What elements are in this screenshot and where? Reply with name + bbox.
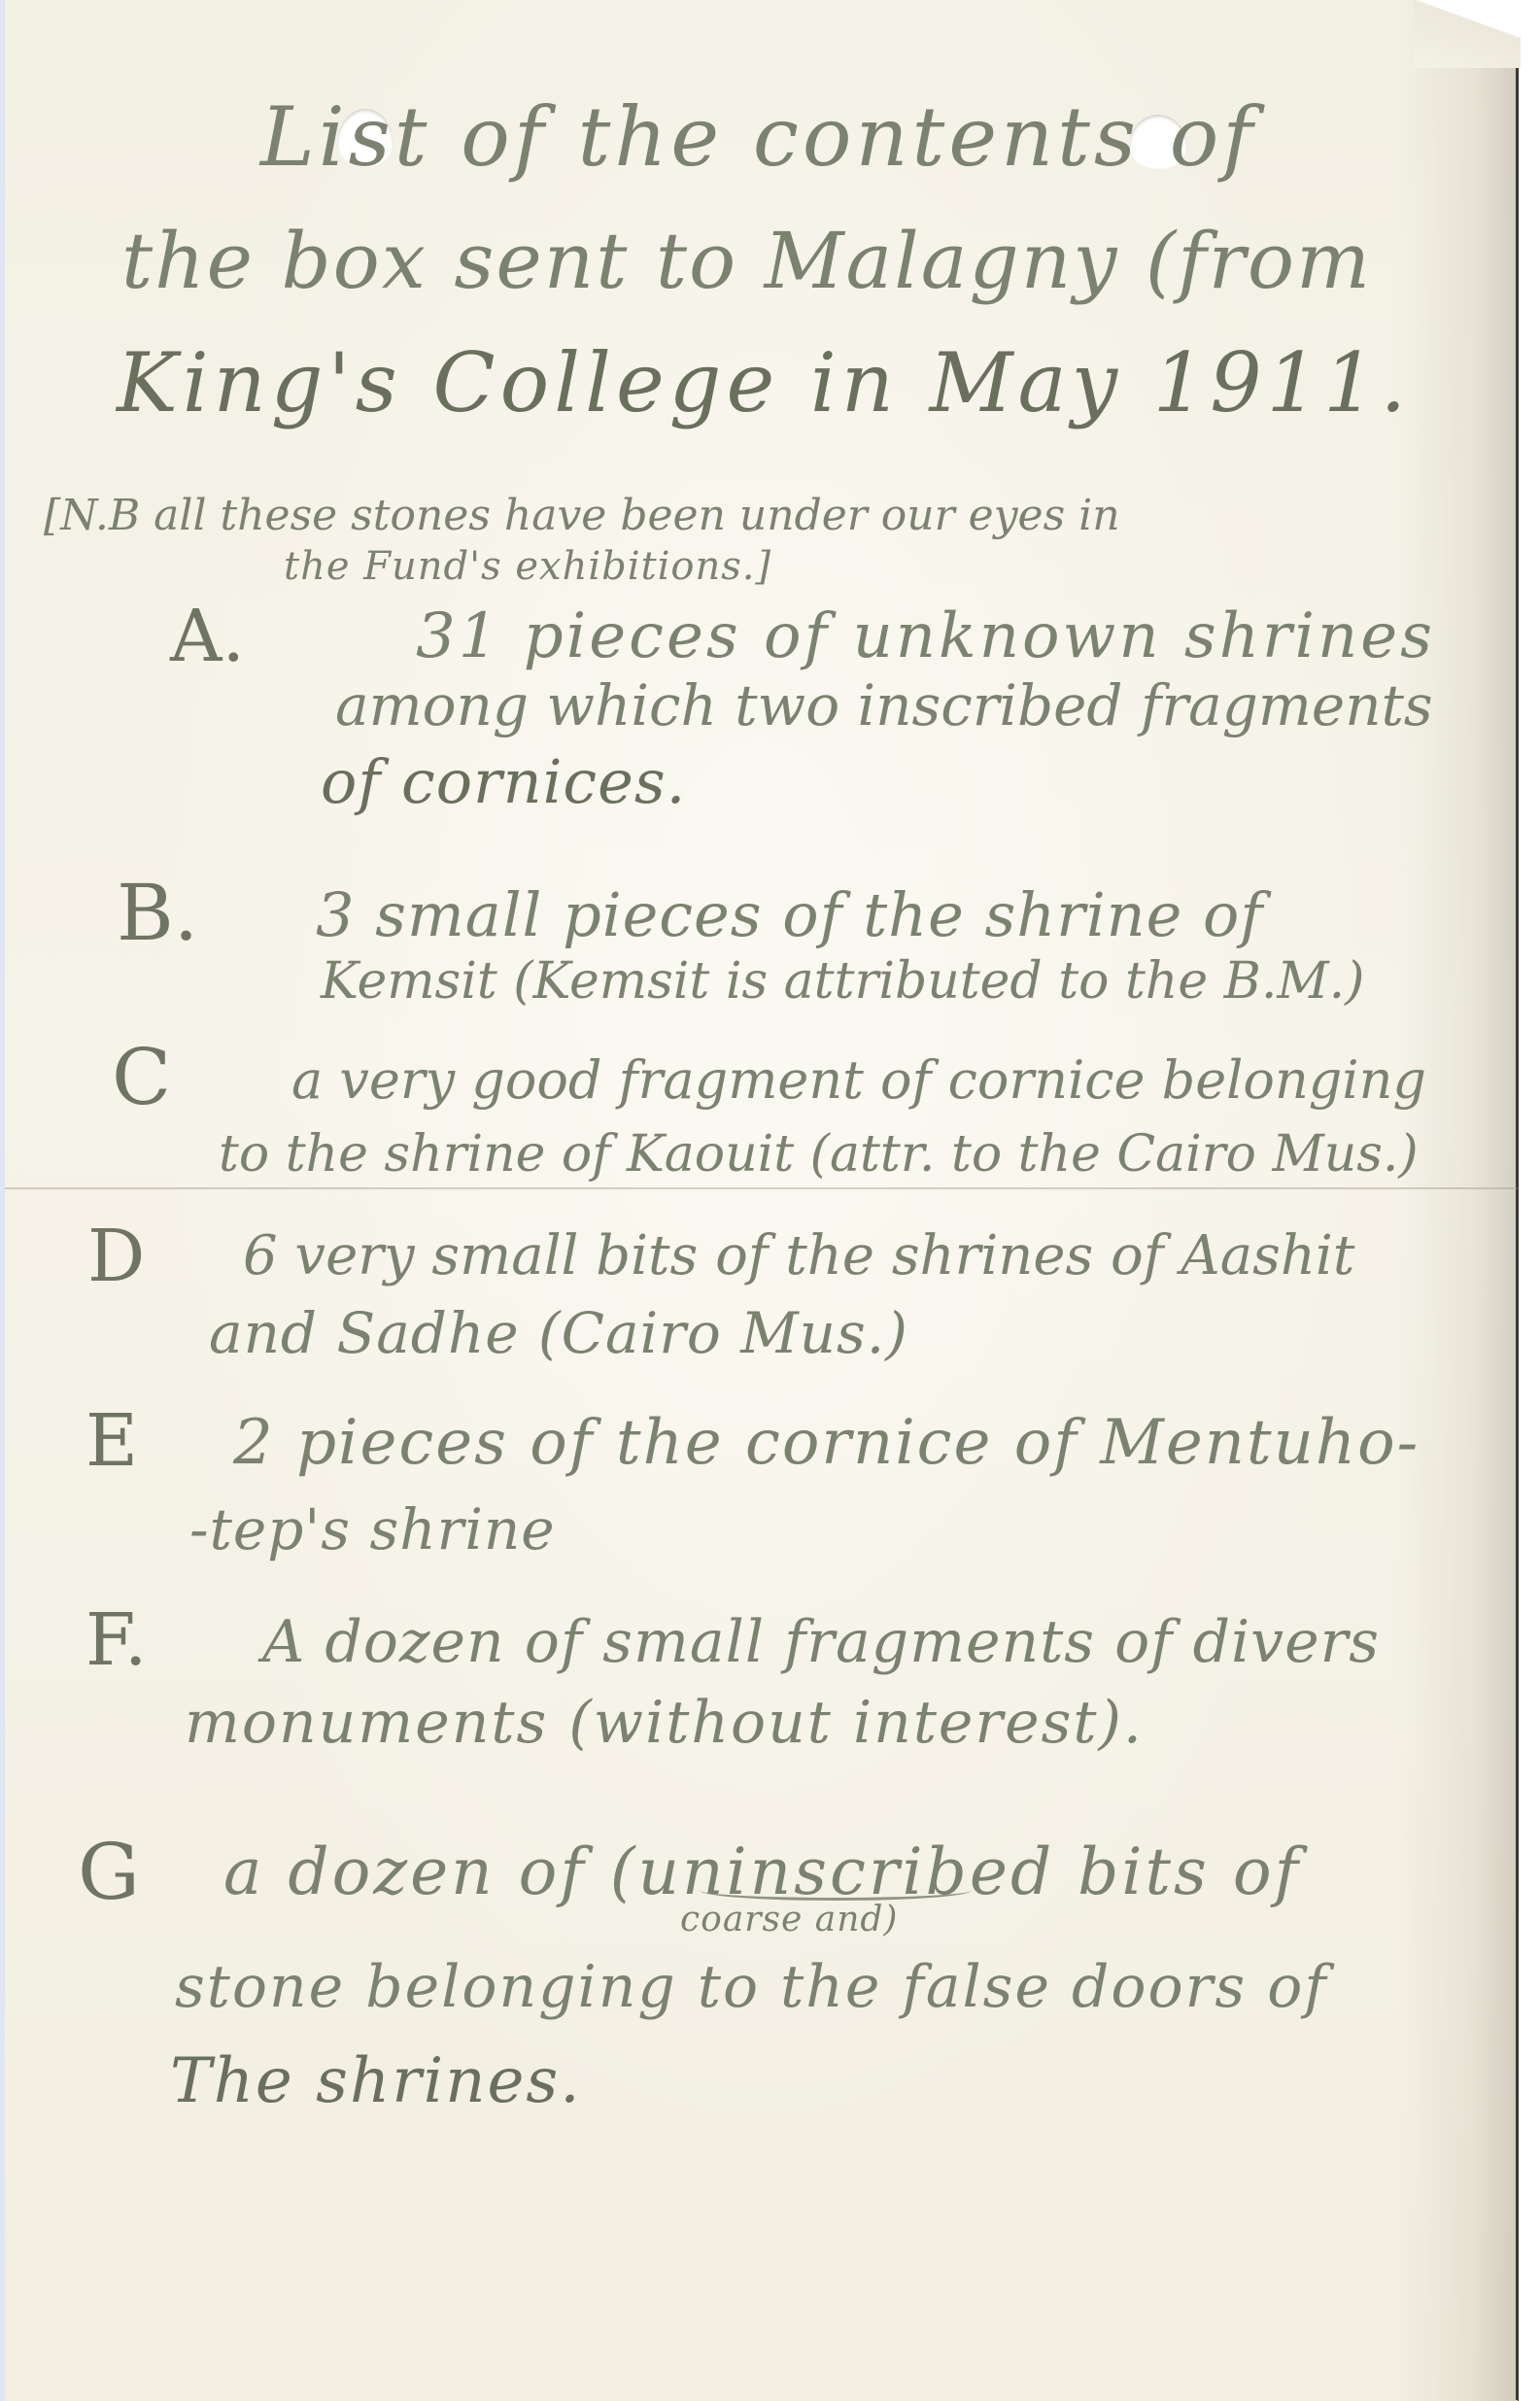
item-g-line-3: The shrines. (170, 2045, 582, 2117)
item-b-line-1: 3 small pieces of the shrine of (316, 879, 1263, 950)
item-f-line-2: monuments (without interest). (185, 1689, 1144, 1757)
title-line-1: List of the contents of (260, 89, 1256, 185)
item-e-line-1: 2 pieces of the cornice of Mentuho- (233, 1407, 1420, 1479)
item-b-line-2: Kemsit (Kemsit is attributed to the B.M.… (321, 952, 1364, 1011)
item-a-line-2: among which two inscribed fragments (335, 672, 1433, 738)
item-b-label: B. (117, 868, 198, 958)
paper-right-edge (1516, 68, 1518, 2400)
item-g-line-2: stone belonging to the false doors of (175, 1953, 1328, 2021)
item-a-line-3: of cornices. (321, 746, 686, 817)
paper-corner-fold (1414, 0, 1521, 68)
item-d-label: D (87, 1215, 145, 1298)
item-g-label: G (78, 1827, 140, 1917)
item-g-insert: coarse and) (680, 1900, 898, 1939)
title-line-3: King's College in May 1911. (117, 335, 1411, 430)
item-c-label: C (112, 1032, 171, 1122)
title-line-2: the box sent to Malagny (from (121, 216, 1372, 306)
item-e-line-2: -tep's shrine (189, 1496, 556, 1562)
insertion-caret-arc (700, 1880, 972, 1901)
item-d-line-2: and Sadhe (Cairo Mus.) (209, 1300, 908, 1366)
item-f-line-1: A dozen of small fragments of divers (262, 1608, 1380, 1676)
item-d-line-1: 6 very small bits of the shrines of Aash… (243, 1224, 1354, 1287)
item-a-line-1: 31 pieces of unknown shrines (416, 600, 1435, 672)
item-e-label: E (86, 1399, 138, 1483)
item-f-label: F. (86, 1598, 147, 1682)
item-a-label: A. (170, 595, 245, 678)
note-line-1: [N.B all these stones have been under ou… (44, 491, 1120, 540)
item-c-line-2: to the shrine of Kaouit (attr. to the Ca… (219, 1125, 1419, 1183)
paper-fold-crease (5, 1187, 1518, 1189)
note-line-2: the Fund's exhibitions.] (284, 544, 771, 589)
item-c-line-1: a very good fragment of cornice belongin… (291, 1049, 1426, 1111)
